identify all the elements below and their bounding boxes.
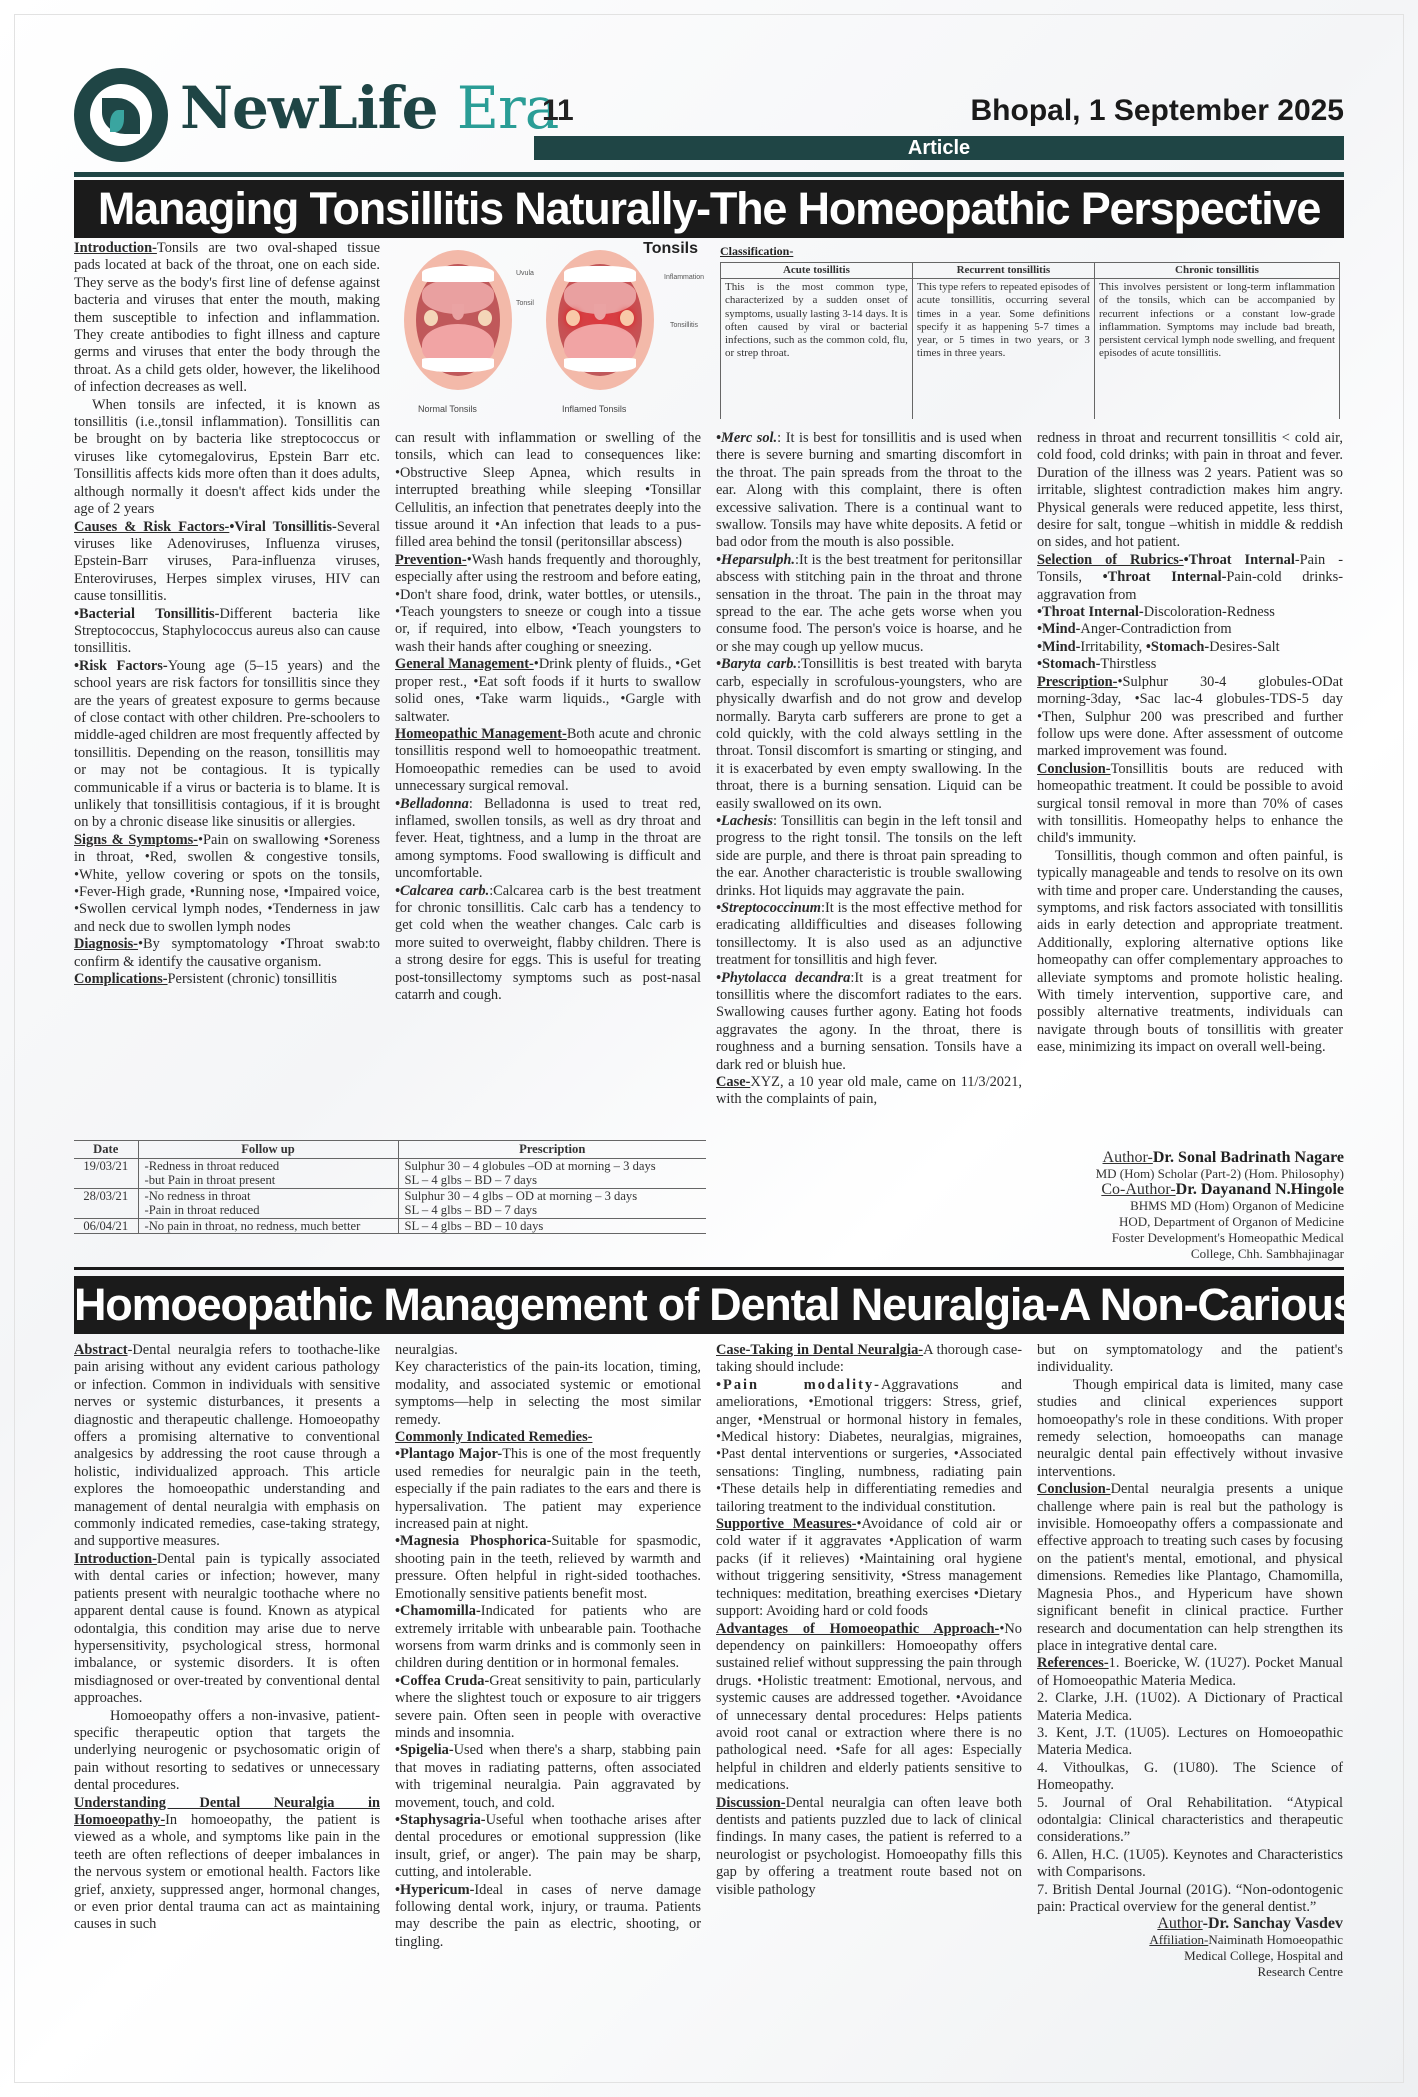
cell-line: -Redness in throat reduced bbox=[145, 1159, 392, 1174]
figure-label: Tonsillitis bbox=[670, 322, 698, 329]
section-heading: Homeopathic Management- bbox=[395, 726, 567, 742]
table-header: Acute tosillitis bbox=[721, 263, 913, 279]
body-text: Persistent (chronic) tonsillitis bbox=[168, 971, 337, 987]
rubric: •Stomach- bbox=[1146, 639, 1209, 655]
cell-line: -No redness in throat bbox=[145, 1189, 392, 1204]
inflamed-mouth-image bbox=[546, 250, 654, 390]
normal-mouth-image bbox=[404, 250, 512, 390]
remedy-name: •Merc sol. bbox=[716, 430, 777, 446]
table-cell: -No pain in throat, no redness, much bet… bbox=[138, 1218, 398, 1234]
table-cell: Sulphur 30 – 4 globules –OD at morning –… bbox=[398, 1158, 706, 1188]
section-heading: Signs & Symptoms- bbox=[74, 832, 198, 848]
table-header: Chronic tonsillitis bbox=[1094, 263, 1339, 279]
remedy-name: •Spigelia- bbox=[395, 1742, 454, 1758]
figure-label: Inflammation bbox=[664, 274, 704, 281]
rubric-text: Thirstless bbox=[1100, 656, 1156, 672]
body-text: Dental neuralgia presents a unique chall… bbox=[1037, 1481, 1343, 1654]
remedy-name: •Magnesia Phosphorica- bbox=[395, 1533, 551, 1549]
table-cell: This type refers to repeated episodes of… bbox=[912, 279, 1094, 419]
brand-logo: NewLife Era bbox=[180, 74, 558, 142]
reference-item: 3. Kent, J.T. (1U05). Lectures on Homoeo… bbox=[1037, 1725, 1343, 1760]
section-heading: Discussion- bbox=[716, 1795, 786, 1811]
section-heading: Introduction- bbox=[74, 1551, 157, 1567]
affiliation-line: Medical College, Hospital and bbox=[1037, 1948, 1343, 1964]
figure-title: Tonsils bbox=[643, 240, 698, 258]
coauthor-affiliation: HOD, Department of Organon of Medicine bbox=[1096, 1214, 1344, 1230]
table-header: Recurrent tonsillitis bbox=[912, 263, 1094, 279]
section-heading: Abstract bbox=[74, 1342, 128, 1358]
article-1-authors: Author-Dr. Sonal Badrinath Nagare MD (Ho… bbox=[1096, 1150, 1344, 1262]
remedy-name: •Lachesis bbox=[716, 813, 773, 829]
remedy-name: •Hypericum- bbox=[395, 1882, 474, 1898]
section-heading: Selection of Rubrics- bbox=[1037, 552, 1184, 568]
cell-line: -but Pain in throat present bbox=[145, 1173, 392, 1188]
section-heading: Diagnosis- bbox=[74, 936, 138, 952]
body-text: Key characteristics of the pain-its loca… bbox=[395, 1359, 701, 1429]
author-name: -Dr. Sanchay Vasdev bbox=[1203, 1915, 1343, 1932]
author-role: MD (Hom) Scholar (Part-2) (Hom. Philosop… bbox=[1096, 1166, 1344, 1182]
article-1-column-2: can result with inflammation or swelling… bbox=[395, 430, 701, 1004]
cell-line: -No pain in throat, no redness, much bet… bbox=[145, 1219, 392, 1234]
body-text: : It is best for tonsillitis and is used… bbox=[716, 430, 1022, 550]
author-label: Author- bbox=[1103, 1149, 1153, 1166]
section-heading: General Management- bbox=[395, 656, 534, 672]
figure-caption: Inflamed Tonsils bbox=[562, 404, 626, 414]
coauthor-affiliation: Foster Development's Homeopathic Medical bbox=[1096, 1230, 1344, 1246]
article-2-column-2: neuralgias. Key characteristics of the p… bbox=[395, 1342, 701, 1951]
table-row: 19/03/21 -Redness in throat reduced-but … bbox=[74, 1158, 706, 1188]
body-text: Young age (5–15 years) and the school ye… bbox=[74, 658, 380, 831]
section-heading: Prevention- bbox=[395, 552, 467, 568]
section-heading: Supportive Measures- bbox=[716, 1516, 856, 1532]
body-text: Aggravations and ameliorations, •Emotion… bbox=[716, 1377, 1022, 1515]
article-1-column-1: Introduction-Tonsils are two oval-shaped… bbox=[74, 240, 380, 988]
cell-line: SL – 4 glbs – BD – 7 days bbox=[405, 1173, 701, 1188]
newspaper-page: NewLife Era 11 Bhopal, 1 September 2025 … bbox=[0, 0, 1418, 2097]
section-heading: Commonly Indicated Remedies- bbox=[395, 1429, 592, 1445]
section-heading: Case- bbox=[716, 1074, 750, 1090]
author-label: Author bbox=[1157, 1915, 1202, 1932]
coauthor-name: Dr. Dayanand N.Hingole bbox=[1176, 1181, 1344, 1198]
table-header: Follow up bbox=[138, 1141, 398, 1159]
affiliation-line: Research Centre bbox=[1037, 1964, 1343, 1980]
body-text: can result with inflammation or swelling… bbox=[395, 430, 701, 552]
article-2-author: Author-Dr. Sanchay Vasdev Affiliation-Na… bbox=[1037, 1916, 1343, 1980]
body-text: :Calcarea carb is the best treatment for… bbox=[395, 883, 701, 1003]
section-heading: Prescription- bbox=[1037, 674, 1117, 690]
table-cell: -Redness in throat reduced-but Pain in t… bbox=[138, 1158, 398, 1188]
figure-label: Uvula bbox=[516, 270, 534, 277]
coauthor-affiliation: College, Chh. Sambhajinagar bbox=[1096, 1246, 1344, 1262]
cell-line: Sulphur 30 – 4 globules –OD at morning –… bbox=[405, 1159, 701, 1174]
body-text: In homoeopathy, the patient is viewed as… bbox=[74, 1812, 380, 1932]
remedy-name: •Phytolacca decandra bbox=[716, 970, 850, 986]
rubric-text: Irritability, bbox=[1080, 639, 1145, 655]
section-heading: Causes & Risk Factors- bbox=[74, 519, 229, 535]
body-text: redness in throat and recurrent tonsilli… bbox=[1037, 430, 1343, 552]
table-header: Date bbox=[74, 1141, 138, 1159]
reference-item: 2. Clarke, J.H. (1U02). A Dictionary of … bbox=[1037, 1690, 1343, 1725]
reference-item: 7. British Dental Journal (201G). “Non-o… bbox=[1037, 1882, 1343, 1917]
rubric: •Throat Internal bbox=[1184, 552, 1295, 568]
remedy-name: •Belladonna bbox=[395, 796, 469, 812]
table-cell: -No redness in throat-Pain in throat red… bbox=[138, 1188, 398, 1218]
rubric: •Throat Internal- bbox=[1103, 569, 1227, 585]
table-cell: Sulphur 30 – 4 glbs – OD at morning – 3 … bbox=[398, 1188, 706, 1218]
figure-label: Tonsil bbox=[516, 300, 534, 307]
section-label: Article bbox=[534, 136, 1344, 160]
reference-item: 4. Vithoulkas, G. (1U80). The Science of… bbox=[1037, 1760, 1343, 1795]
table-header: Prescription bbox=[398, 1141, 706, 1159]
subheading: •Bacterial Tonsillitis- bbox=[74, 606, 219, 622]
figure-caption: Normal Tonsils bbox=[418, 404, 477, 414]
subheading: •Pain modality- bbox=[716, 1377, 881, 1393]
rubric: •Mind- bbox=[1037, 621, 1080, 637]
body-text: Dental pain is typically associated with… bbox=[74, 1551, 380, 1706]
body-text: When tonsils are infected, it is known a… bbox=[74, 397, 380, 519]
remedy-name: •Chamomilla- bbox=[395, 1603, 481, 1619]
subheading: •Risk Factors- bbox=[74, 658, 168, 674]
section-heading: References- bbox=[1037, 1655, 1109, 1671]
table-cell: 06/04/21 bbox=[74, 1218, 138, 1234]
coauthor-label: Co-Author- bbox=[1101, 1181, 1175, 1198]
classification-table: Acute tosillitis Recurrent tonsillitis C… bbox=[720, 262, 1340, 419]
body-text: but on symptomatology and the patient's … bbox=[1037, 1342, 1343, 1377]
article-1-column-4: redness in throat and recurrent tonsilli… bbox=[1037, 430, 1343, 1057]
body-text: Tonsils are two oval-shaped tissue pads … bbox=[74, 240, 380, 395]
tonsils-illustration: Tonsils Uvula Tonsil Inflammation Tonsil… bbox=[398, 240, 710, 418]
section-heading: Conclusion- bbox=[1037, 1481, 1111, 1497]
body-text: XYZ, a 10 year old male, came on 11/3/20… bbox=[716, 1074, 1022, 1107]
subheading: •Viral Tonsillitis- bbox=[229, 519, 336, 535]
cell-line: SL – 4 glbs – BD – 7 days bbox=[405, 1203, 701, 1218]
remedy-name: •Heparsulph. bbox=[716, 552, 795, 568]
cell-line: Sulphur 30 – 4 glbs – OD at morning – 3 … bbox=[405, 1189, 701, 1204]
remedy-name: •Coffea Cruda- bbox=[395, 1673, 489, 1689]
affiliation-line: Naiminath Homoeopathic bbox=[1208, 1932, 1343, 1947]
article-1-column-3: •Merc sol.: It is best for tonsillitis a… bbox=[716, 430, 1022, 1109]
article-2-headline: Homoeopathic Management of Dental Neural… bbox=[74, 1276, 1344, 1334]
article-1-headline: Managing Tonsillitis Naturally-The Homeo… bbox=[74, 180, 1344, 238]
article-2-column-1: Abstract-Dental neuralgia refers to toot… bbox=[74, 1342, 380, 1934]
body-text: Tonsillitis, though common and often pai… bbox=[1037, 848, 1343, 1057]
remedy-name: •Calcarea carb. bbox=[395, 883, 489, 899]
body-text: Homoeopathy offers a non-invasive, patie… bbox=[74, 1708, 380, 1795]
body-text: •No dependency on painkillers: Homoeopat… bbox=[716, 1621, 1022, 1794]
cell-line: -Pain in throat reduced bbox=[145, 1203, 392, 1218]
page-number: 11 bbox=[542, 94, 574, 128]
cell-line: SL – 4 glbs – BD – 10 days bbox=[405, 1219, 701, 1234]
table-row: 06/04/21 -No pain in throat, no redness,… bbox=[74, 1218, 706, 1234]
table-cell: 28/03/21 bbox=[74, 1188, 138, 1218]
section-heading: Complications- bbox=[74, 971, 168, 987]
table-cell: 19/03/21 bbox=[74, 1158, 138, 1188]
section-heading: Introduction- bbox=[74, 240, 157, 256]
body-text: -Dental neuralgia refers to toothache-li… bbox=[74, 1342, 380, 1549]
remedy-name: •Plantago Major- bbox=[395, 1446, 502, 1462]
rubric: •Stomach- bbox=[1037, 656, 1100, 672]
reference-item: 5. Journal of Oral Rehabilitation. “Atyp… bbox=[1037, 1795, 1343, 1847]
remedy-name: •Baryta carb. bbox=[716, 656, 797, 672]
section-heading: Conclusion- bbox=[1037, 761, 1111, 777]
masthead-rule bbox=[74, 172, 1344, 177]
table-cell: SL – 4 glbs – BD – 10 days bbox=[398, 1218, 706, 1234]
affiliation-label: Affiliation- bbox=[1149, 1932, 1208, 1947]
followup-table: Date Follow up Prescription 19/03/21 -Re… bbox=[74, 1140, 706, 1234]
rubric-text: Anger-Contradiction from bbox=[1080, 621, 1231, 637]
dateline: Bhopal, 1 September 2025 bbox=[971, 94, 1344, 128]
author-name: Dr. Sonal Badrinath Nagare bbox=[1153, 1149, 1344, 1166]
body-text: :Tonsillitis is best treated with baryta… bbox=[716, 656, 1022, 811]
remedy-name: •Staphysagria- bbox=[395, 1812, 486, 1828]
reference-item: 6. Allen, H.C. (1U05). Keynotes and Char… bbox=[1037, 1847, 1343, 1882]
table-row: 28/03/21 -No redness in throat-Pain in t… bbox=[74, 1188, 706, 1218]
section-heading: Advantages of Homoeopathic Approach- bbox=[716, 1621, 999, 1637]
body-text: Though empirical data is limited, many c… bbox=[1037, 1377, 1343, 1481]
rubric-text: Desires-Salt bbox=[1209, 639, 1279, 655]
section-heading: Case-Taking in Dental Neuralgia- bbox=[716, 1342, 923, 1358]
article-2-column-3: Case-Taking in Dental Neuralgia-A thorou… bbox=[716, 1342, 1022, 1899]
coauthor-affiliation: BHMS MD (Hom) Organon of Medicine bbox=[1096, 1198, 1344, 1214]
body-text: neuralgias. bbox=[395, 1342, 701, 1359]
table-row: This is the most common type, characteri… bbox=[721, 279, 1340, 419]
table-cell: This is the most common type, characteri… bbox=[721, 279, 913, 419]
classification-title: Classification- bbox=[720, 244, 793, 259]
leaf-logo-icon bbox=[74, 68, 168, 162]
article-2-column-4: but on symptomatology and the patient's … bbox=[1037, 1342, 1343, 1980]
remedy-name: •Streptococcinum bbox=[716, 900, 821, 916]
rubric: •Mind- bbox=[1037, 639, 1080, 655]
article-divider bbox=[74, 1267, 1344, 1270]
rubric: •Throat Internal- bbox=[1037, 604, 1144, 620]
masthead: NewLife Era 11 Bhopal, 1 September 2025 … bbox=[74, 68, 1344, 168]
rubric-text: Discoloration-Redness bbox=[1144, 604, 1275, 620]
table-cell: This involves persistent or long-term in… bbox=[1094, 279, 1339, 419]
